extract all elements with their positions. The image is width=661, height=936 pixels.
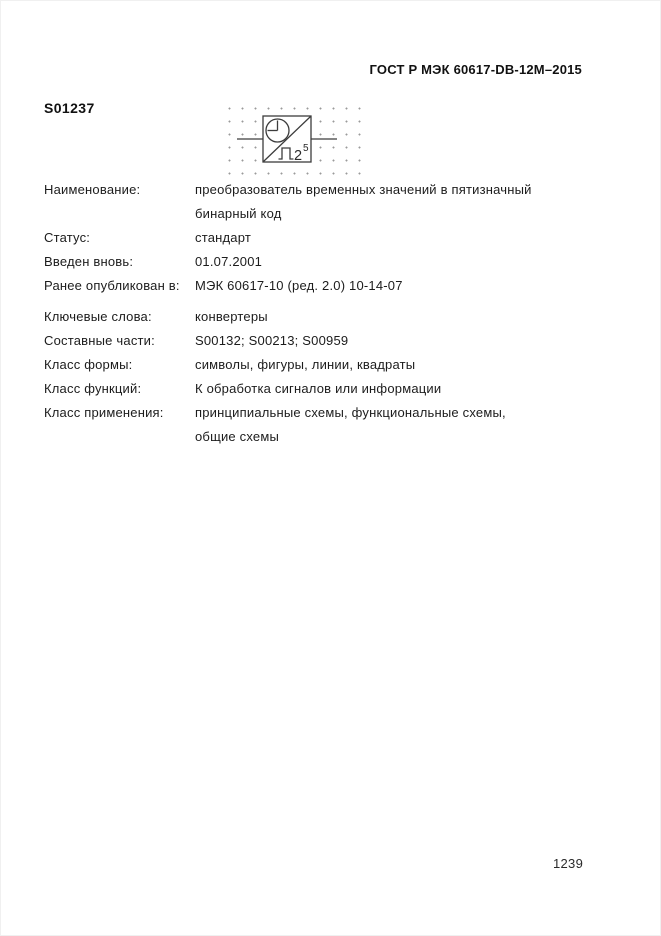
symbol-id: S01237 bbox=[44, 100, 95, 116]
field-value-line: конвертеры bbox=[195, 305, 614, 329]
field-label: Наименование: bbox=[44, 178, 195, 202]
field-value-line: К обработка сигналов или информации bbox=[195, 377, 614, 401]
field-row: Статус: стандарт bbox=[44, 226, 614, 250]
fields-table: Наименование: преобразователь временных … bbox=[44, 178, 614, 449]
field-value-line: МЭК 60617-10 (ред. 2.0) 10-14-07 bbox=[195, 274, 614, 298]
field-value: стандарт bbox=[195, 226, 614, 250]
document-page: ГОСТ Р МЭК 60617-DB-12М–2015 S01237 2 5 bbox=[0, 0, 661, 936]
field-value-line: преобразователь временных значений в пят… bbox=[195, 178, 614, 202]
field-value-line: 01.07.2001 bbox=[195, 250, 614, 274]
field-row: Ключевые слова: конвертеры bbox=[44, 305, 614, 329]
field-row: Класс формы: символы, фигуры, линии, ква… bbox=[44, 353, 614, 377]
field-value-line: символы, фигуры, линии, квадраты bbox=[195, 353, 614, 377]
field-label: Ключевые слова: bbox=[44, 305, 195, 329]
field-row: Класс применения: принципиальные схемы, … bbox=[44, 401, 614, 449]
field-value: преобразователь временных значений в пят… bbox=[195, 178, 614, 226]
symbol-figure: 2 5 bbox=[222, 100, 365, 183]
field-value-line: S00132; S00213; S00959 bbox=[195, 329, 614, 353]
field-value: МЭК 60617-10 (ред. 2.0) 10-14-07 bbox=[195, 274, 614, 298]
field-value: символы, фигуры, линии, квадраты bbox=[195, 353, 614, 377]
field-row: Введен вновь: 01.07.2001 bbox=[44, 250, 614, 274]
field-value: 01.07.2001 bbox=[195, 250, 614, 274]
multiplier-exponent: 5 bbox=[303, 143, 309, 154]
field-row: Ранее опубликован в: МЭК 60617-10 (ред. … bbox=[44, 274, 614, 298]
field-row: Составные части: S00132; S00213; S00959 bbox=[44, 329, 614, 353]
field-value-line: бинарный код bbox=[195, 202, 614, 226]
standard-header: ГОСТ Р МЭК 60617-DB-12М–2015 bbox=[370, 62, 582, 77]
field-value: конвертеры bbox=[195, 305, 614, 329]
field-value: принципиальные схемы, функциональные схе… bbox=[195, 401, 614, 449]
field-label: Введен вновь: bbox=[44, 250, 195, 274]
field-value: S00132; S00213; S00959 bbox=[195, 329, 614, 353]
field-label: Класс применения: bbox=[44, 401, 195, 425]
field-row: Класс функций: К обработка сигналов или … bbox=[44, 377, 614, 401]
field-label: Класс функций: bbox=[44, 377, 195, 401]
field-label: Составные части: bbox=[44, 329, 195, 353]
field-value-line: стандарт bbox=[195, 226, 614, 250]
page-number: 1239 bbox=[553, 856, 583, 871]
field-label: Ранее опубликован в: bbox=[44, 274, 195, 298]
field-row: Наименование: преобразователь временных … bbox=[44, 178, 614, 226]
field-label: Класс формы: bbox=[44, 353, 195, 377]
clock-icon bbox=[266, 119, 289, 142]
multiplier-base: 2 bbox=[294, 148, 302, 164]
field-value-line: принципиальные схемы, функциональные схе… bbox=[195, 401, 614, 425]
symbol-drawing: 2 5 bbox=[222, 100, 365, 183]
field-value-line: общие схемы bbox=[195, 425, 614, 449]
field-value: К обработка сигналов или информации bbox=[195, 377, 614, 401]
field-label: Статус: bbox=[44, 226, 195, 250]
